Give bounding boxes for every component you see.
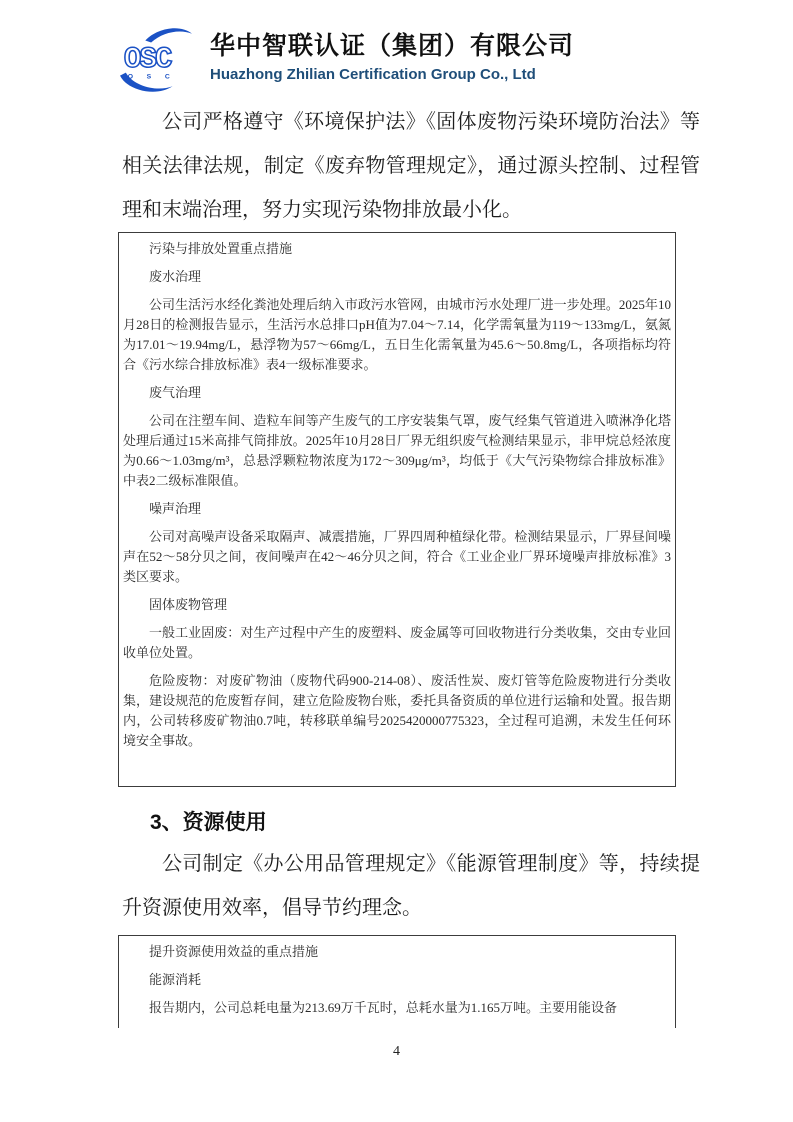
section-heading-resource-use: 3、资源使用 xyxy=(150,806,267,836)
intro-paragraph: 公司严格遵守《环境保护法》《固体废物污染环境防治法》等相关法律法规，制定《废弃物… xyxy=(122,100,700,232)
box-line: 污染与排放处置重点措施 xyxy=(123,239,671,259)
box-line: 能源消耗 xyxy=(123,970,671,990)
svg-text:OSC: OSC xyxy=(128,73,184,80)
box-line: 危险废物：对废矿物油（废物代码900-214-08）、废活性炭、废灯管等危险废物… xyxy=(123,671,671,751)
box-line: 公司在注塑车间、造粒车间等产生废气的工序安装集气罩，废气经集气管道进入喷淋净化塔… xyxy=(123,411,671,491)
box-line: 噪声治理 xyxy=(123,499,671,519)
box-line: 报告期内，公司总耗电量为213.69万千瓦时，总耗水量为1.165万吨。主要用能… xyxy=(123,998,671,1018)
box-line: 废气治理 xyxy=(123,383,671,403)
document-header: OSC OSC 华中智联认证（集团）有限公司 Huazhong Zhilian … xyxy=(112,24,574,96)
document-page: OSC OSC 华中智联认证（集团）有限公司 Huazhong Zhilian … xyxy=(0,0,793,1122)
company-name-en: Huazhong Zhilian Certification Group Co.… xyxy=(210,66,574,83)
page-number: 4 xyxy=(0,1044,793,1060)
resource-paragraph: 公司制定《办公用品管理规定》《能源管理制度》等，持续提升资源使用效率，倡导节约理… xyxy=(122,842,700,930)
box-line: 固体废物管理 xyxy=(123,595,671,615)
company-logo-icon: OSC OSC xyxy=(112,24,200,96)
box-line: 一般工业固废：对生产过程中产生的废塑料、废金属等可回收物进行分类收集，交由专业回… xyxy=(123,623,671,663)
resource-measures-box: 提升资源使用效益的重点措施 能源消耗 报告期内，公司总耗电量为213.69万千瓦… xyxy=(118,935,676,1028)
box-line: 提升资源使用效益的重点措施 xyxy=(123,942,671,962)
box-line: 公司生活污水经化粪池处理后纳入市政污水管网，由城市污水处理厂进一步处理。2025… xyxy=(123,295,671,375)
box-line: 废水治理 xyxy=(123,267,671,287)
pollution-measures-box: 污染与排放处置重点措施 废水治理 公司生活污水经化粪池处理后纳入市政污水管网，由… xyxy=(118,232,676,787)
company-name-zh: 华中智联认证（集团）有限公司 xyxy=(210,32,574,62)
svg-text:OSC: OSC xyxy=(124,43,172,76)
company-titles: 华中智联认证（集团）有限公司 Huazhong Zhilian Certific… xyxy=(210,24,574,83)
box-line: 公司对高噪声设备采取隔声、减震措施，厂界四周种植绿化带。检测结果显示，厂界昼间噪… xyxy=(123,527,671,587)
